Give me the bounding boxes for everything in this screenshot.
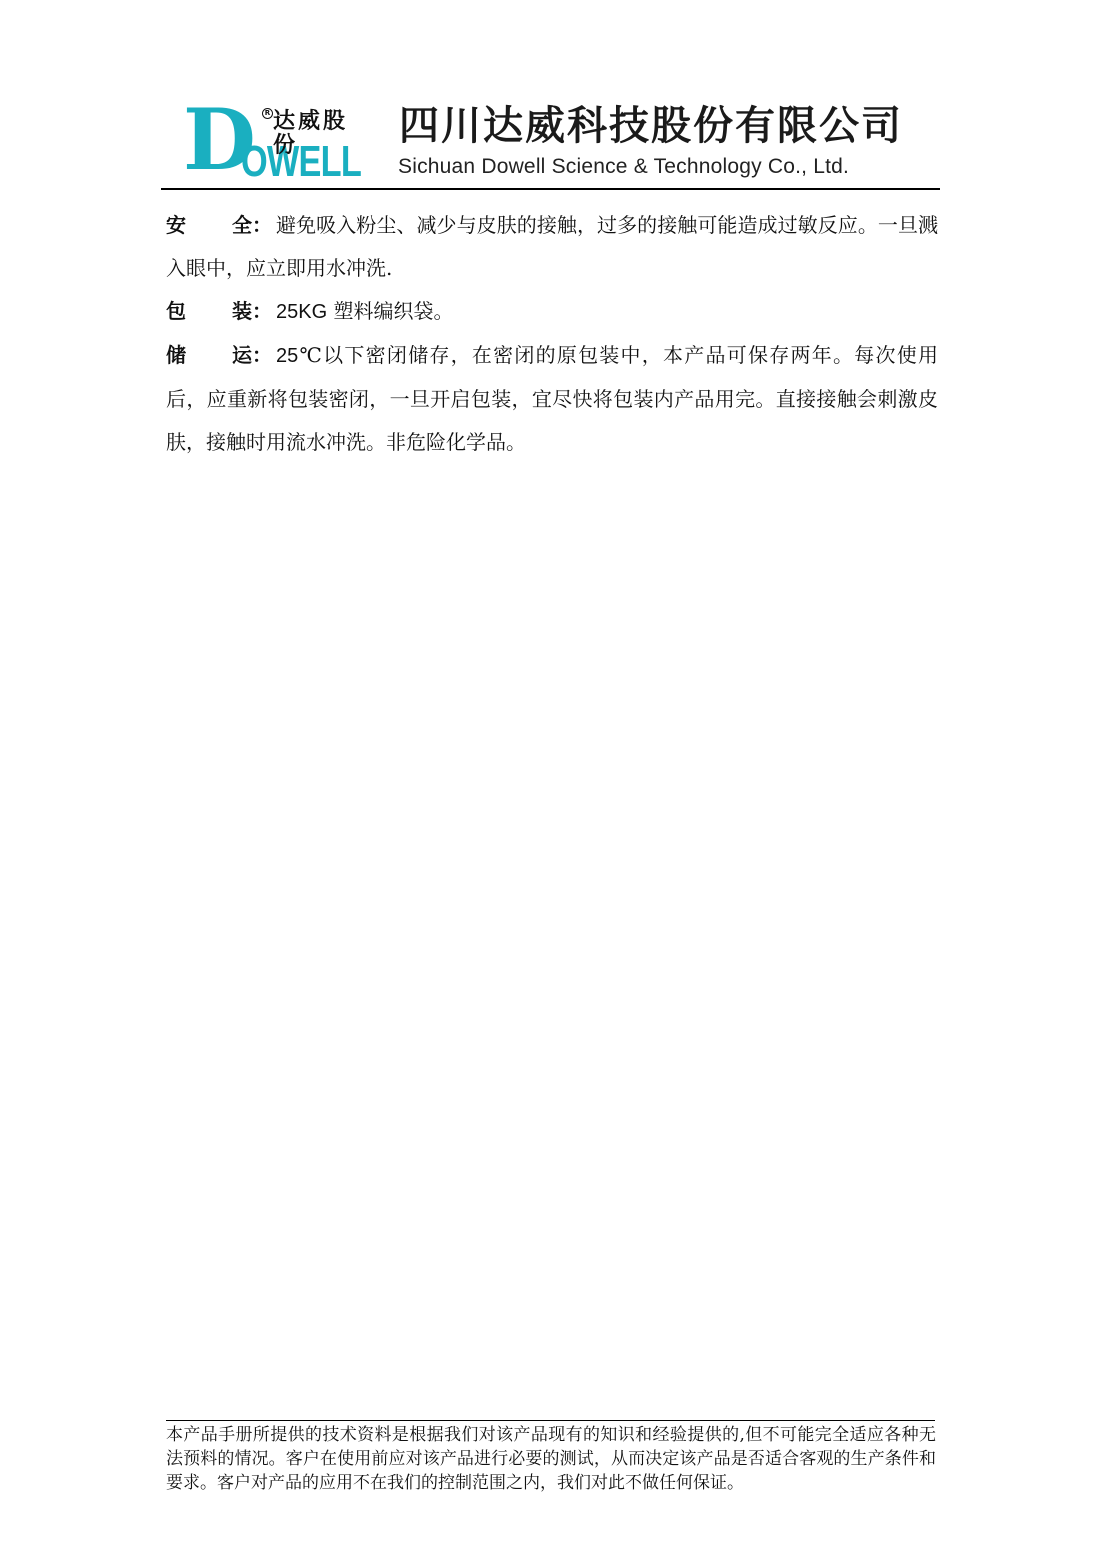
section-label: 安全： xyxy=(166,204,276,247)
section-text: 塑料编织袋。 xyxy=(327,299,453,323)
logo-chinese-name: 达威股份 xyxy=(273,110,365,158)
document-body: 安全：避免吸入粉尘、减少与皮肤的接触，过多的接触可能造成过敏反应。一旦溅入眼中，… xyxy=(166,204,938,464)
company-name-chinese: 四川达威科技股份有限公司 xyxy=(399,102,903,150)
storage-temperature: 25 xyxy=(276,345,298,367)
section-text: 避免吸入粉尘、减少与皮肤的接触，过多的接触可能造成过敏反应。一旦溅入眼中，应立即… xyxy=(166,213,938,280)
section-packaging: 包装：25KG 塑料编织袋。 xyxy=(166,290,938,334)
footer-divider xyxy=(166,1420,935,1421)
section-label: 储运： xyxy=(166,334,276,377)
header-divider xyxy=(161,188,940,190)
section-safety: 安全：避免吸入粉尘、减少与皮肤的接触，过多的接触可能造成过敏反应。一旦溅入眼中，… xyxy=(166,204,938,290)
registered-trademark-icon: R xyxy=(262,108,273,119)
page-header: D OWELL R 达威股份 四川达威科技股份有限公司 Sichuan Dowe… xyxy=(161,100,940,190)
section-storage-transport: 储运：25℃以下密闭储存，在密闭的原包装中，本产品可保存两年。每次使用后，应重新… xyxy=(166,334,938,464)
section-label: 包装： xyxy=(166,290,276,333)
company-name-english: Sichuan Dowell Science & Technology Co.,… xyxy=(398,154,849,180)
company-logo: D OWELL R 达威股份 xyxy=(183,104,365,184)
footer-disclaimer: 本产品手册所提供的技术资料是根据我们对该产品现有的知识和经验提供的,但不可能完全… xyxy=(166,1423,936,1495)
package-weight: 25KG xyxy=(276,301,327,323)
